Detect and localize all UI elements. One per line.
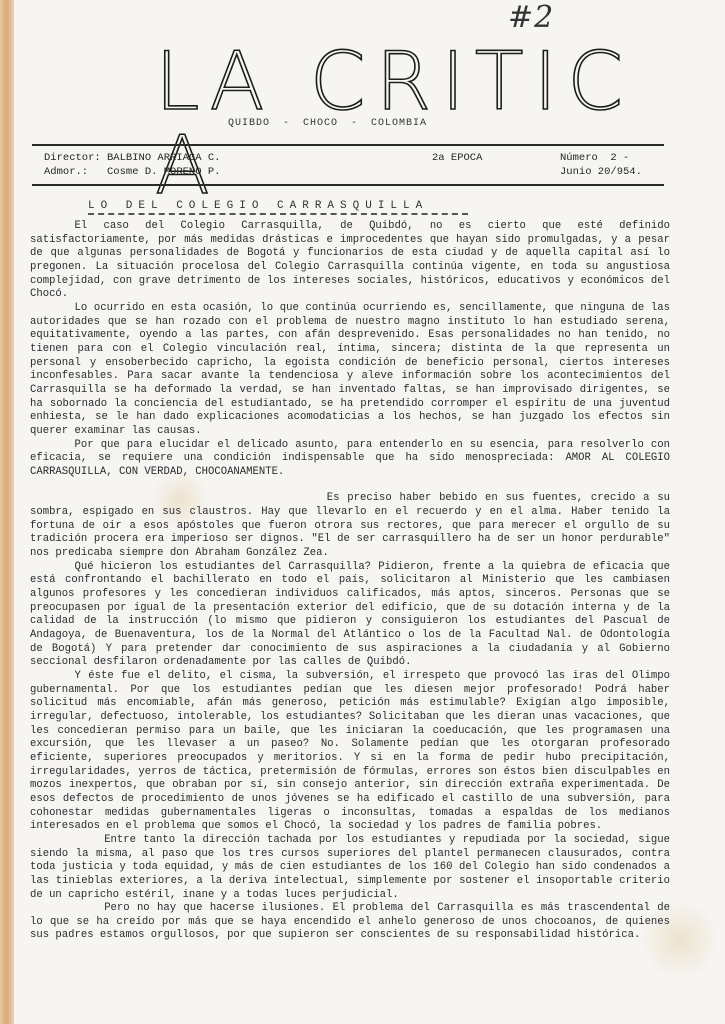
divider-rule xyxy=(32,184,664,186)
epoca-block: 2a EPOCA xyxy=(432,151,482,165)
issue-number: Número 2 - xyxy=(560,151,642,165)
masthead-letter: I xyxy=(534,40,568,124)
article-headline: LO DEL COLEGIO CARRASQUILLA xyxy=(88,200,468,215)
masthead-letter: C xyxy=(567,40,633,124)
director-line: Director: BALBINO ARRIAGA C. xyxy=(44,151,220,165)
handwritten-note: #2 xyxy=(508,0,554,35)
masthead-letter: R xyxy=(376,40,442,124)
article-paragraph: Por que para elucidar el delicado asunto… xyxy=(30,439,670,480)
epoca-label: 2a EPOCA xyxy=(432,151,482,165)
masthead-letter: I xyxy=(441,40,475,124)
divider-rule xyxy=(32,144,664,146)
masthead-letter: C xyxy=(310,40,376,124)
article-paragraph: Entre tanto la dirección tachada por los… xyxy=(30,834,670,902)
admor-line: Admor.: Cosme D. MORENO P. xyxy=(44,165,220,179)
article-paragraph: El caso del Colegio Carrasquilla, de Qui… xyxy=(30,220,670,302)
article-paragraph: Lo ocurrido en esta ocasión, lo que cont… xyxy=(30,302,670,439)
masthead-letter: T xyxy=(475,40,534,124)
masthead-letter: A xyxy=(210,40,275,124)
masthead-subtitle: QUIBDO - CHOCO - COLOMBIA xyxy=(228,118,427,129)
article-body: El caso del Colegio Carrasquilla, de Qui… xyxy=(30,220,670,943)
article-paragraph: Qué hicieron los estudiantes del Carrasq… xyxy=(30,561,670,670)
masthead-letter: L xyxy=(155,40,210,124)
staff-block: Director: BALBINO ARRIAGA C. Admor.: Cos… xyxy=(44,151,220,179)
issue-date: Junio 20/954. xyxy=(560,165,642,179)
article-paragraph: Es preciso haber bebido en sus fuentes, … xyxy=(30,492,670,560)
issue-block: Número 2 - Junio 20/954. xyxy=(560,151,642,179)
page-edge xyxy=(0,0,14,1024)
article-paragraph: Pero no hay que hacerse ilusiones. El pr… xyxy=(30,902,670,943)
article-paragraph: Y éste fue el delito, el cisma, la subve… xyxy=(30,670,670,834)
